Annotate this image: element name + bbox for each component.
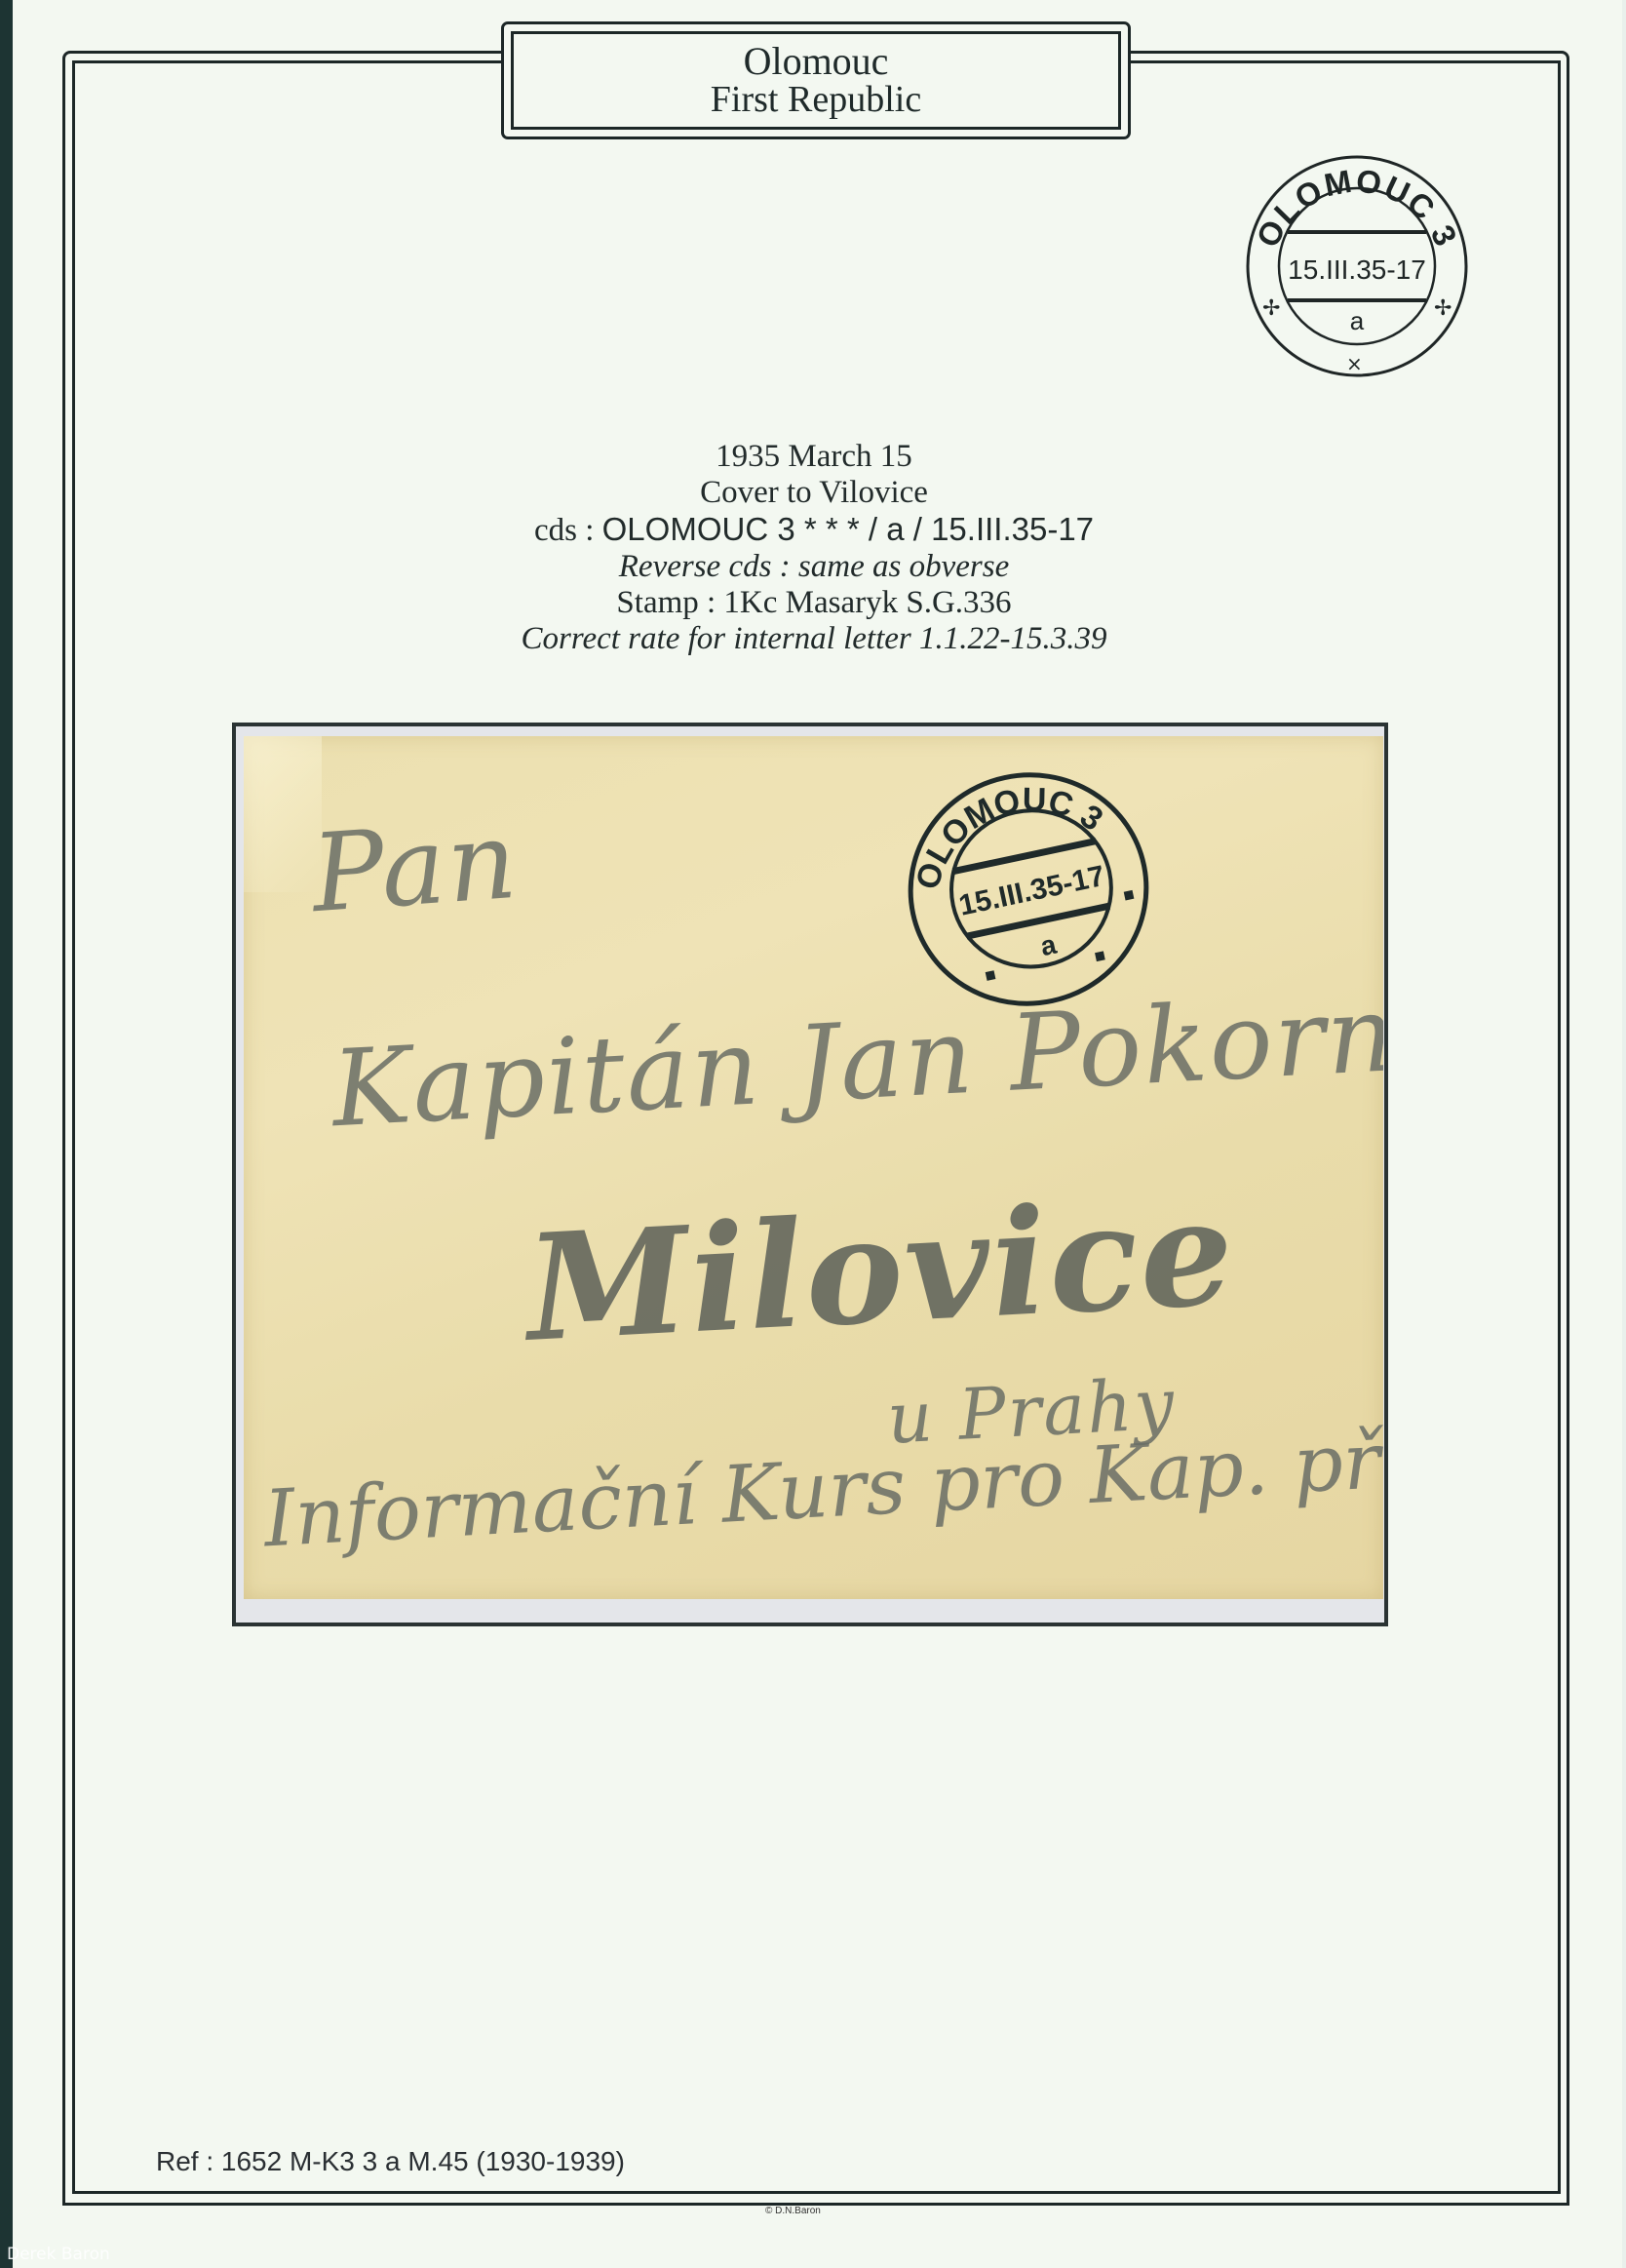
cover-postmark-letter: a — [1038, 929, 1060, 962]
cover-postmark-icon: OLOMOUC 3 15.III.35-17 a — [905, 770, 1153, 1009]
cover-date: 1935 March 15 — [292, 439, 1336, 475]
cds-label: cds : — [534, 513, 602, 548]
reference-postmark-icon: OLOMOUC 3 15.III.35-17 a ✢ ✢ × — [1245, 154, 1469, 378]
reference-postmark-letter: a — [1350, 306, 1365, 335]
handwritten-salutation: Pan — [308, 798, 523, 936]
catalog-reference: Ref : 1652 M-K3 3 a M.45 (1930-1939) — [156, 2146, 625, 2177]
cover-subject: Cover to Vilovice — [292, 475, 1336, 511]
cds-value: OLOMOUC 3 * * * / a / 15.III.35-17 — [602, 511, 1094, 547]
reverse-cds: Reverse cds : same as obverse — [292, 549, 1336, 585]
page-title: Olomouc — [514, 40, 1118, 83]
reference-postmark-date: 15.III.35-17 — [1288, 254, 1426, 285]
title-box: Olomouc First Republic — [511, 31, 1121, 130]
copyright-notice: © D.N.Baron — [765, 2206, 821, 2216]
cover-description: 1935 March 15 Cover to Vilovice cds : OL… — [292, 439, 1336, 657]
svg-text:✢: ✢ — [1434, 296, 1452, 321]
svg-text:OLOMOUC 3: OLOMOUC 3 — [1249, 162, 1465, 253]
cds-line: cds : OLOMOUC 3 * * * / a / 15.III.35-17 — [292, 511, 1336, 549]
envelope-cover: OLOMOUC 3 15.III.35-17 a Pan Kapitán Jan… — [244, 736, 1383, 1599]
handwritten-note: Informační Kurs pro Kap. přechod — [262, 1403, 1383, 1565]
scanner-watermark: Derek Baron — [7, 2245, 110, 2264]
page-subtitle: First Republic — [514, 79, 1118, 120]
stamp-info: Stamp : 1Kc Masaryk S.G.336 — [292, 585, 1336, 621]
reference-postmark-town: OLOMOUC 3 — [1249, 162, 1465, 253]
scan-edge — [0, 0, 13, 2268]
scan-edge-right — [1622, 0, 1626, 2268]
svg-text:×: × — [1346, 352, 1363, 375]
rate-info: Correct rate for internal letter 1.1.22-… — [292, 621, 1336, 657]
svg-text:✢: ✢ — [1262, 296, 1280, 321]
handwritten-addressee: Kapitán Jan Pokorný — [329, 970, 1383, 1151]
handwritten-town: Milovice — [523, 1166, 1239, 1375]
